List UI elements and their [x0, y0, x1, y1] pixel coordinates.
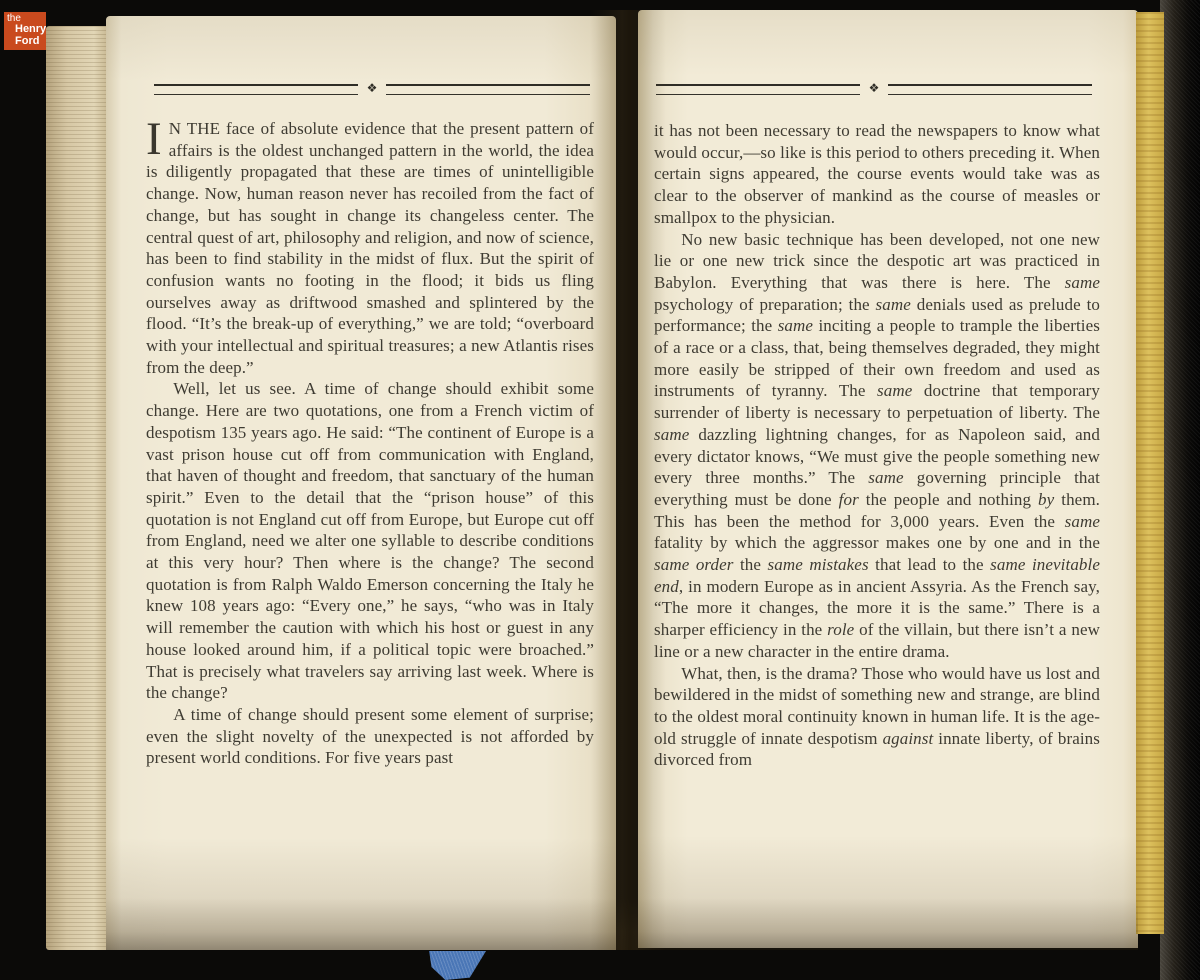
body-text: it has not been necessary to read the ne… [654, 121, 1100, 227]
paragraph: No new basic technique has been develope… [654, 229, 1100, 663]
rule-line [888, 84, 1092, 95]
body-text: N THE face of absolute evidence that the… [146, 119, 594, 377]
paragraph: it has not been necessary to read the ne… [654, 120, 1100, 229]
italic-text: same order [654, 555, 733, 574]
gilt-fore-edge [1136, 12, 1164, 934]
body-text: No new basic technique has been develope… [654, 230, 1100, 292]
body-text: fatality by which the aggressor makes on… [654, 533, 1100, 552]
paragraph: A time of change should present some ele… [146, 704, 594, 769]
italic-text: same [877, 381, 912, 400]
left-page-text: IN THE face of absolute evidence that th… [146, 118, 594, 769]
drop-cap: I [146, 118, 169, 158]
paragraph: IN THE face of absolute evidence that th… [146, 118, 594, 378]
henry-ford-watermark: the Henry Ford [4, 12, 46, 50]
italic-text: role [827, 620, 854, 639]
right-header-rule: ❖ [656, 82, 1092, 96]
left-page: ❖ IN THE face of absolute evidence that … [106, 16, 616, 950]
fleuron-ornament-icon: ❖ [869, 81, 880, 95]
italic-text: for [839, 490, 859, 509]
italic-text: same [654, 425, 689, 444]
italic-text: by [1038, 490, 1054, 509]
italic-text: against [883, 729, 934, 748]
body-text: Well, let us see. A time of change shoul… [146, 379, 594, 702]
book-photograph: ❖ IN THE face of absolute evidence that … [0, 0, 1200, 980]
fleuron-ornament-icon: ❖ [367, 81, 378, 95]
body-text: A time of change should present some ele… [146, 705, 594, 767]
blue-ribbon-bookmark [428, 951, 486, 980]
watermark-ford: Ford [15, 36, 46, 47]
body-text: the [733, 555, 767, 574]
italic-text: same [1065, 273, 1100, 292]
page-edge-stack [46, 26, 106, 950]
body-text: psychology of preparation; the [654, 295, 876, 314]
italic-text: same [778, 316, 813, 335]
watermark-henry: Henry [15, 24, 46, 35]
italic-text: same [868, 468, 903, 487]
paragraph: What, then, is the drama? Those who woul… [654, 663, 1100, 772]
body-text: that lead to the [869, 555, 990, 574]
rule-line [656, 84, 860, 95]
rule-line [386, 84, 590, 95]
paragraph: Well, let us see. A time of change shoul… [146, 378, 594, 704]
rule-line [154, 84, 358, 95]
right-page-text: it has not been necessary to read the ne… [654, 120, 1100, 771]
body-text: the people and nothing [859, 490, 1038, 509]
italic-text: same [1065, 512, 1100, 531]
right-page: ❖ it has not been necessary to read the … [638, 10, 1138, 948]
italic-text: same mistakes [768, 555, 869, 574]
left-header-rule: ❖ [154, 82, 590, 96]
italic-text: same [876, 295, 911, 314]
leather-cover-edge [1160, 0, 1200, 980]
